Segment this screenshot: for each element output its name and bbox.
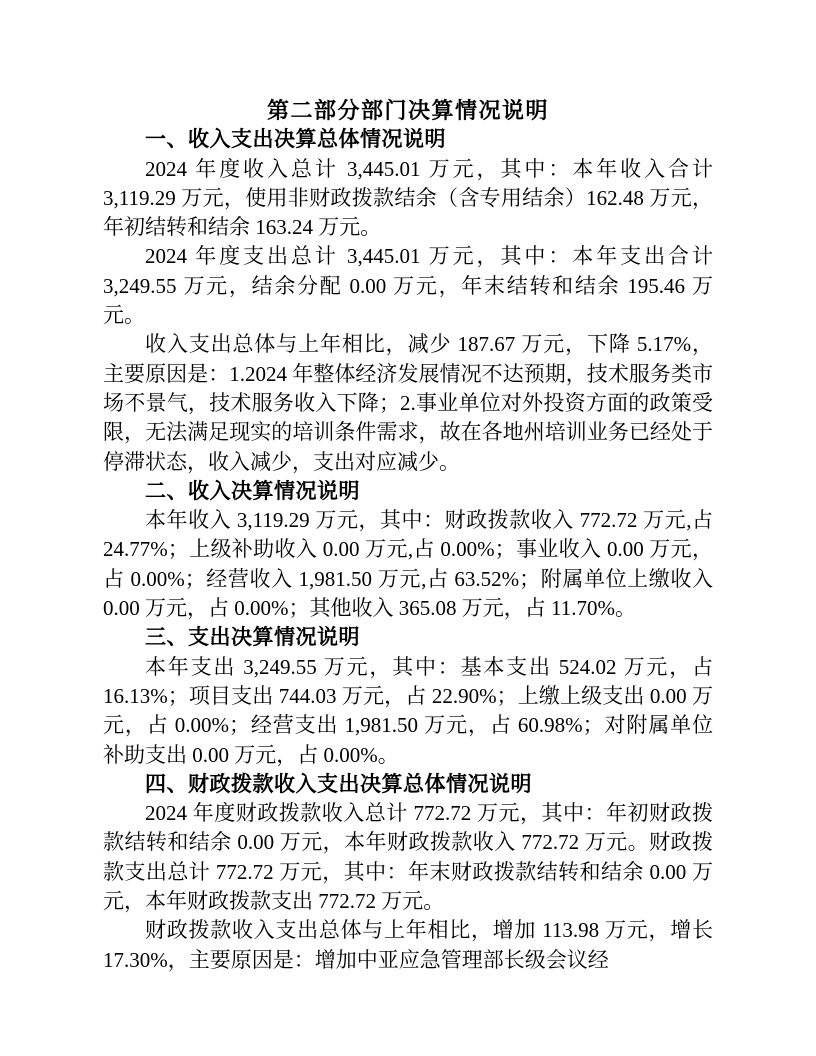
paragraph-total-income: 2024 年度收入总计 3,445.01 万元，其中：本年收入合计 3,119.… [103, 155, 713, 243]
document-page: 第二部分部门决算情况说明 一、收入支出决算总体情况说明 2024 年度收入总计 … [0, 0, 816, 1056]
paragraph-total-expenditure: 2024 年度支出总计 3,445.01 万元，其中：本年支出合计 3,249.… [103, 242, 713, 330]
document-title: 第二部分部门决算情况说明 [103, 96, 713, 125]
paragraph-expenditure-breakdown: 本年支出 3,249.55 万元，其中：基本支出 524.02 万元，占 16.… [103, 653, 713, 770]
section-heading-fiscal-appropriation-overview: 四、财政拨款收入支出决算总体情况说明 [103, 770, 713, 799]
paragraph-yearly-comparison: 收入支出总体与上年相比，减少 187.67 万元，下降 5.17%，主要原因是：… [103, 330, 713, 476]
paragraph-fiscal-appropriation-comparison: 财政拨款收入支出总体与上年相比，增加 113.98 万元，增长 17.30%，主… [103, 916, 713, 975]
paragraph-income-breakdown: 本年收入 3,119.29 万元，其中：财政拨款收入 772.72 万元,占 2… [103, 506, 713, 623]
section-heading-income-accounts: 二、收入决算情况说明 [103, 477, 713, 506]
section-heading-income-expenditure-overview: 一、收入支出决算总体情况说明 [103, 125, 713, 154]
paragraph-fiscal-appropriation-totals: 2024 年度财政拨款收入总计 772.72 万元，其中：年初财政拨款结转和结余… [103, 799, 713, 916]
section-heading-expenditure-accounts: 三、支出决算情况说明 [103, 623, 713, 652]
